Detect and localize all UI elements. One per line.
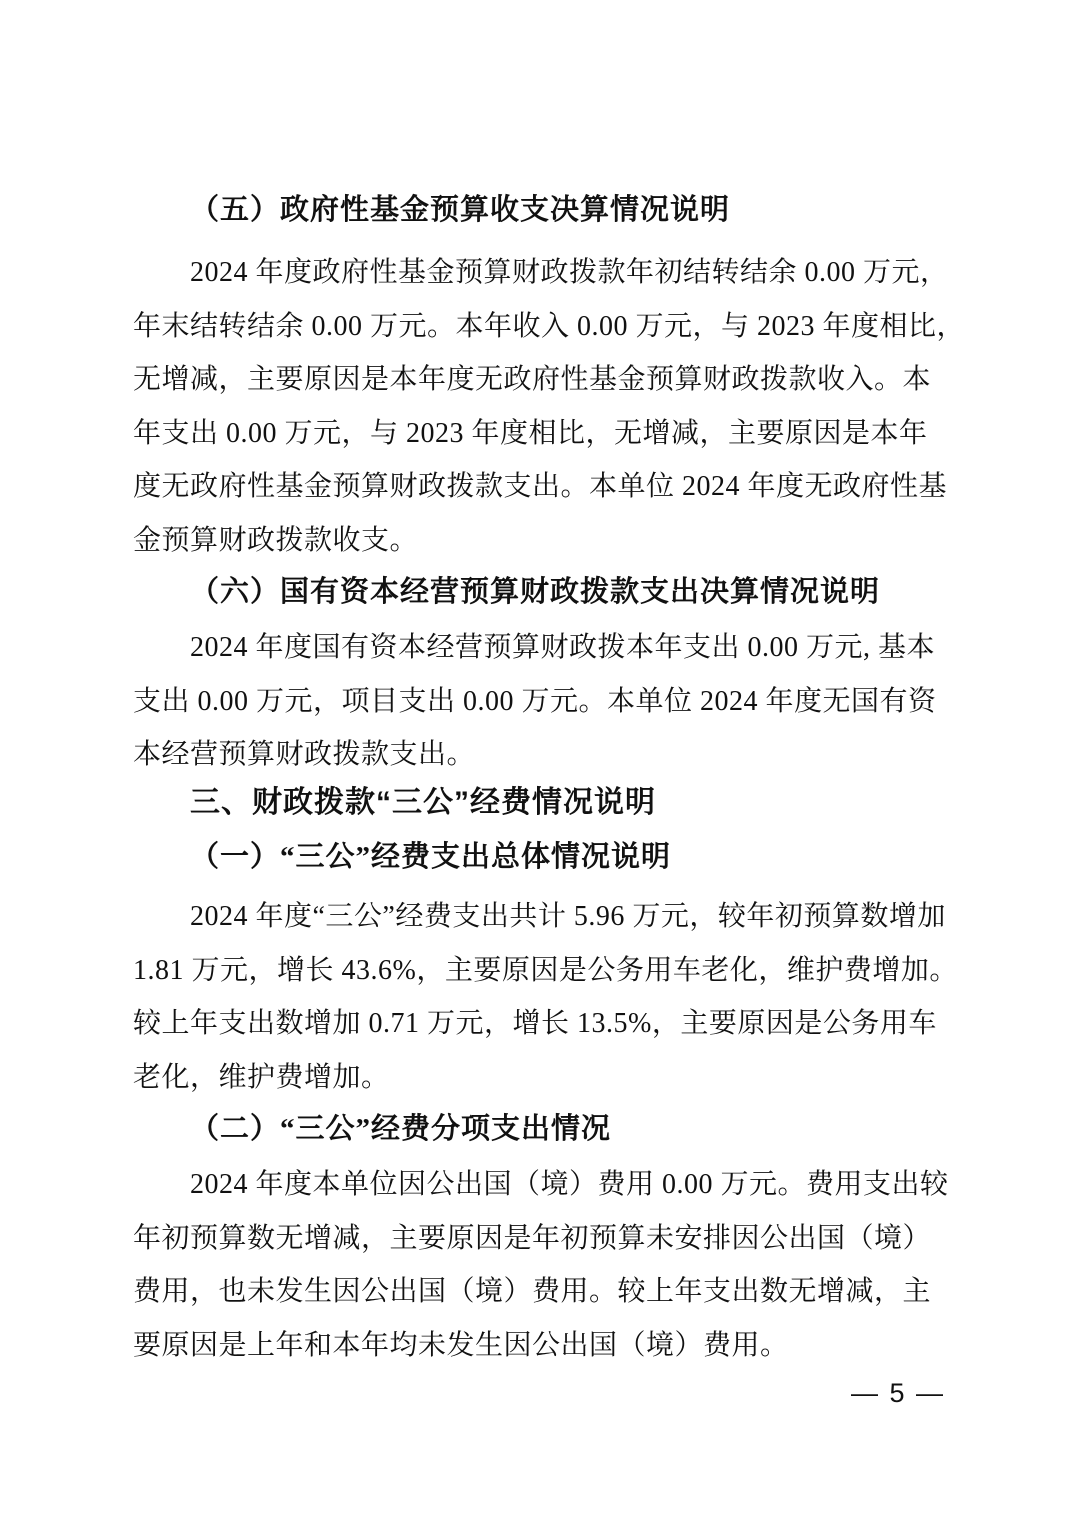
body-line: 金预算财政拨款收支。 bbox=[133, 514, 945, 568]
body-line: 2024 年度国有资本经营预算财政拨本年支出 0.00 万元, 基本 bbox=[133, 621, 945, 675]
paragraph-6: 2024 年度国有资本经营预算财政拨本年支出 0.00 万元, 基本 支出 0.… bbox=[133, 621, 945, 782]
body-line: 年末结转结余 0.00 万元。本年收入 0.00 万元，与 2023 年度相比， bbox=[133, 300, 945, 354]
body-line: 无增减，主要原因是本年度无政府性基金预算财政拨款收入。本 bbox=[133, 353, 945, 407]
section-heading-3: 三、财政拨款“三公”经费情况说明 bbox=[133, 776, 1002, 830]
body-line: 2024 年度本单位因公出国（境）费用 0.00 万元。费用支出较 bbox=[133, 1158, 945, 1212]
body-line: 度无政府性基金预算财政拨款支出。本单位 2024 年度无政府性基 bbox=[133, 460, 945, 514]
section-heading-6: （六）国有资本经营预算财政拨款支出决算情况说明 bbox=[133, 566, 1002, 620]
paragraph-3-1: 2024 年度“三公”经费支出共计 5.96 万元，较年初预算数增加 1.81 … bbox=[133, 890, 945, 1104]
body-line: 1.81 万元，增长 43.6%，主要原因是公务用车老化，维护费增加。 bbox=[133, 944, 945, 998]
body-line: 费用，也未发生因公出国（境）费用。较上年支出数无增减，主 bbox=[133, 1265, 945, 1319]
body-line: 支出 0.00 万元，项目支出 0.00 万元。本单位 2024 年度无国有资 bbox=[133, 675, 945, 729]
paragraph-5: 2024 年度政府性基金预算财政拨款年初结转结余 0.00 万元， 年末结转结余… bbox=[133, 246, 945, 567]
page-number: — 5 — bbox=[133, 1376, 945, 1410]
body-line: 2024 年度政府性基金预算财政拨款年初结转结余 0.00 万元， bbox=[133, 246, 945, 300]
body-line: 较上年支出数增加 0.71 万元，增长 13.5%，主要原因是公务用车 bbox=[133, 997, 945, 1051]
body-line: 要原因是上年和本年均未发生因公出国（境）费用。 bbox=[133, 1319, 945, 1373]
section-heading-3-1: （一）“三公”经费支出总体情况说明 bbox=[133, 831, 1002, 885]
body-line: 本经营预算财政拨款支出。 bbox=[133, 728, 945, 782]
body-line: 2024 年度“三公”经费支出共计 5.96 万元，较年初预算数增加 bbox=[133, 890, 945, 944]
document-page: （五）政府性基金预算收支决算情况说明 2024 年度政府性基金预算财政拨款年初结… bbox=[0, 0, 1075, 1520]
paragraph-3-2: 2024 年度本单位因公出国（境）费用 0.00 万元。费用支出较 年初预算数无… bbox=[133, 1158, 945, 1372]
section-heading-5: （五）政府性基金预算收支决算情况说明 bbox=[133, 184, 1002, 238]
body-line: 老化，维护费增加。 bbox=[133, 1051, 945, 1105]
body-line: 年初预算数无增减，主要原因是年初预算未安排因公出国（境） bbox=[133, 1212, 945, 1266]
section-heading-3-2: （二）“三公”经费分项支出情况 bbox=[133, 1103, 1002, 1157]
document-content: （五）政府性基金预算收支决算情况说明 2024 年度政府性基金预算财政拨款年初结… bbox=[133, 0, 945, 1520]
body-line: 年支出 0.00 万元，与 2023 年度相比，无增减，主要原因是本年 bbox=[133, 407, 945, 461]
